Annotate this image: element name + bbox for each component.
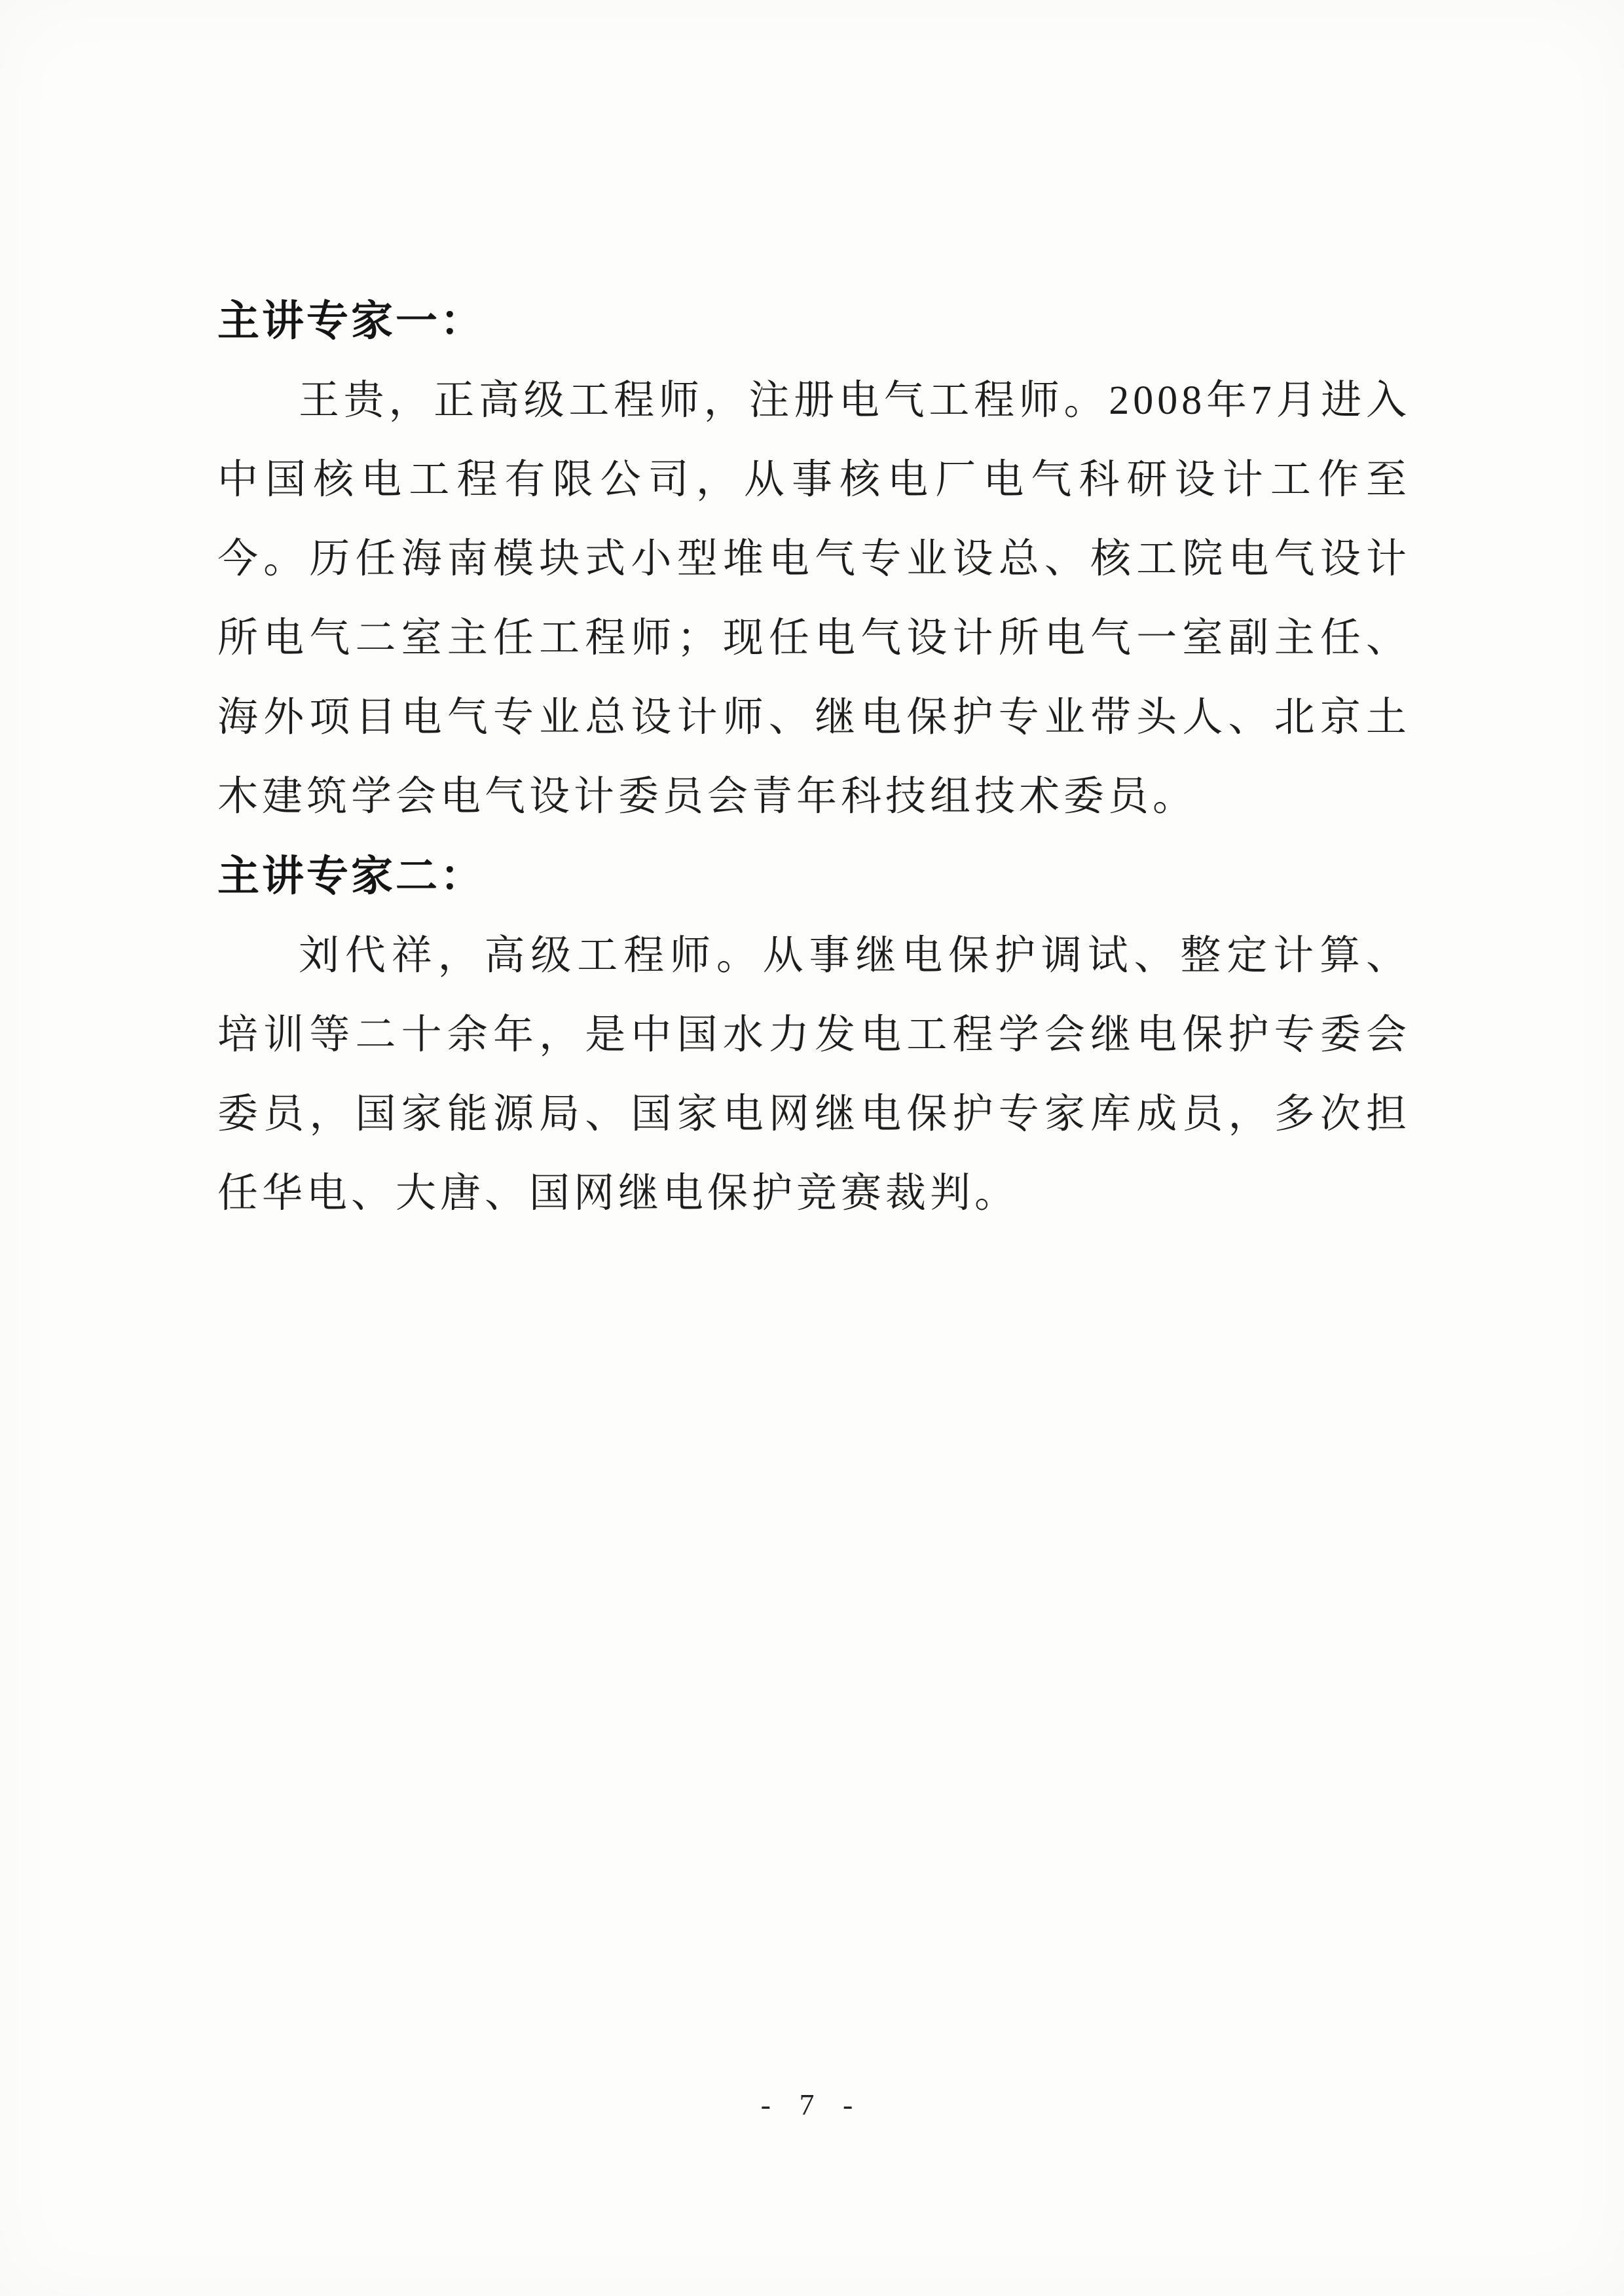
expert-section-2: 主讲专家二： 刘代祥，高级工程师。从事继电保护调试、整定计算、培训等二十余年，是…: [217, 837, 1411, 1233]
expert-1-bio: 王贵，正高级工程师，注册电气工程师。2008年7月进入中国核电工程有限公司，从事…: [217, 361, 1411, 837]
page-number: - 7 -: [761, 2087, 864, 2122]
expert-2-bio: 刘代祥，高级工程师。从事继电保护调试、整定计算、培训等二十余年，是中国水力发电工…: [217, 917, 1411, 1233]
expert-1-heading: 主讲专家一：: [217, 282, 1411, 361]
document-page: 主讲专家一： 王贵，正高级工程师，注册电气工程师。2008年7月进入中国核电工程…: [0, 0, 1624, 2296]
page-footer: - 7 -: [0, 2087, 1624, 2122]
expert-2-heading: 主讲专家二：: [217, 837, 1411, 917]
document-content: 主讲专家一： 王贵，正高级工程师，注册电气工程师。2008年7月进入中国核电工程…: [217, 282, 1411, 1233]
expert-section-1: 主讲专家一： 王贵，正高级工程师，注册电气工程师。2008年7月进入中国核电工程…: [217, 282, 1411, 837]
